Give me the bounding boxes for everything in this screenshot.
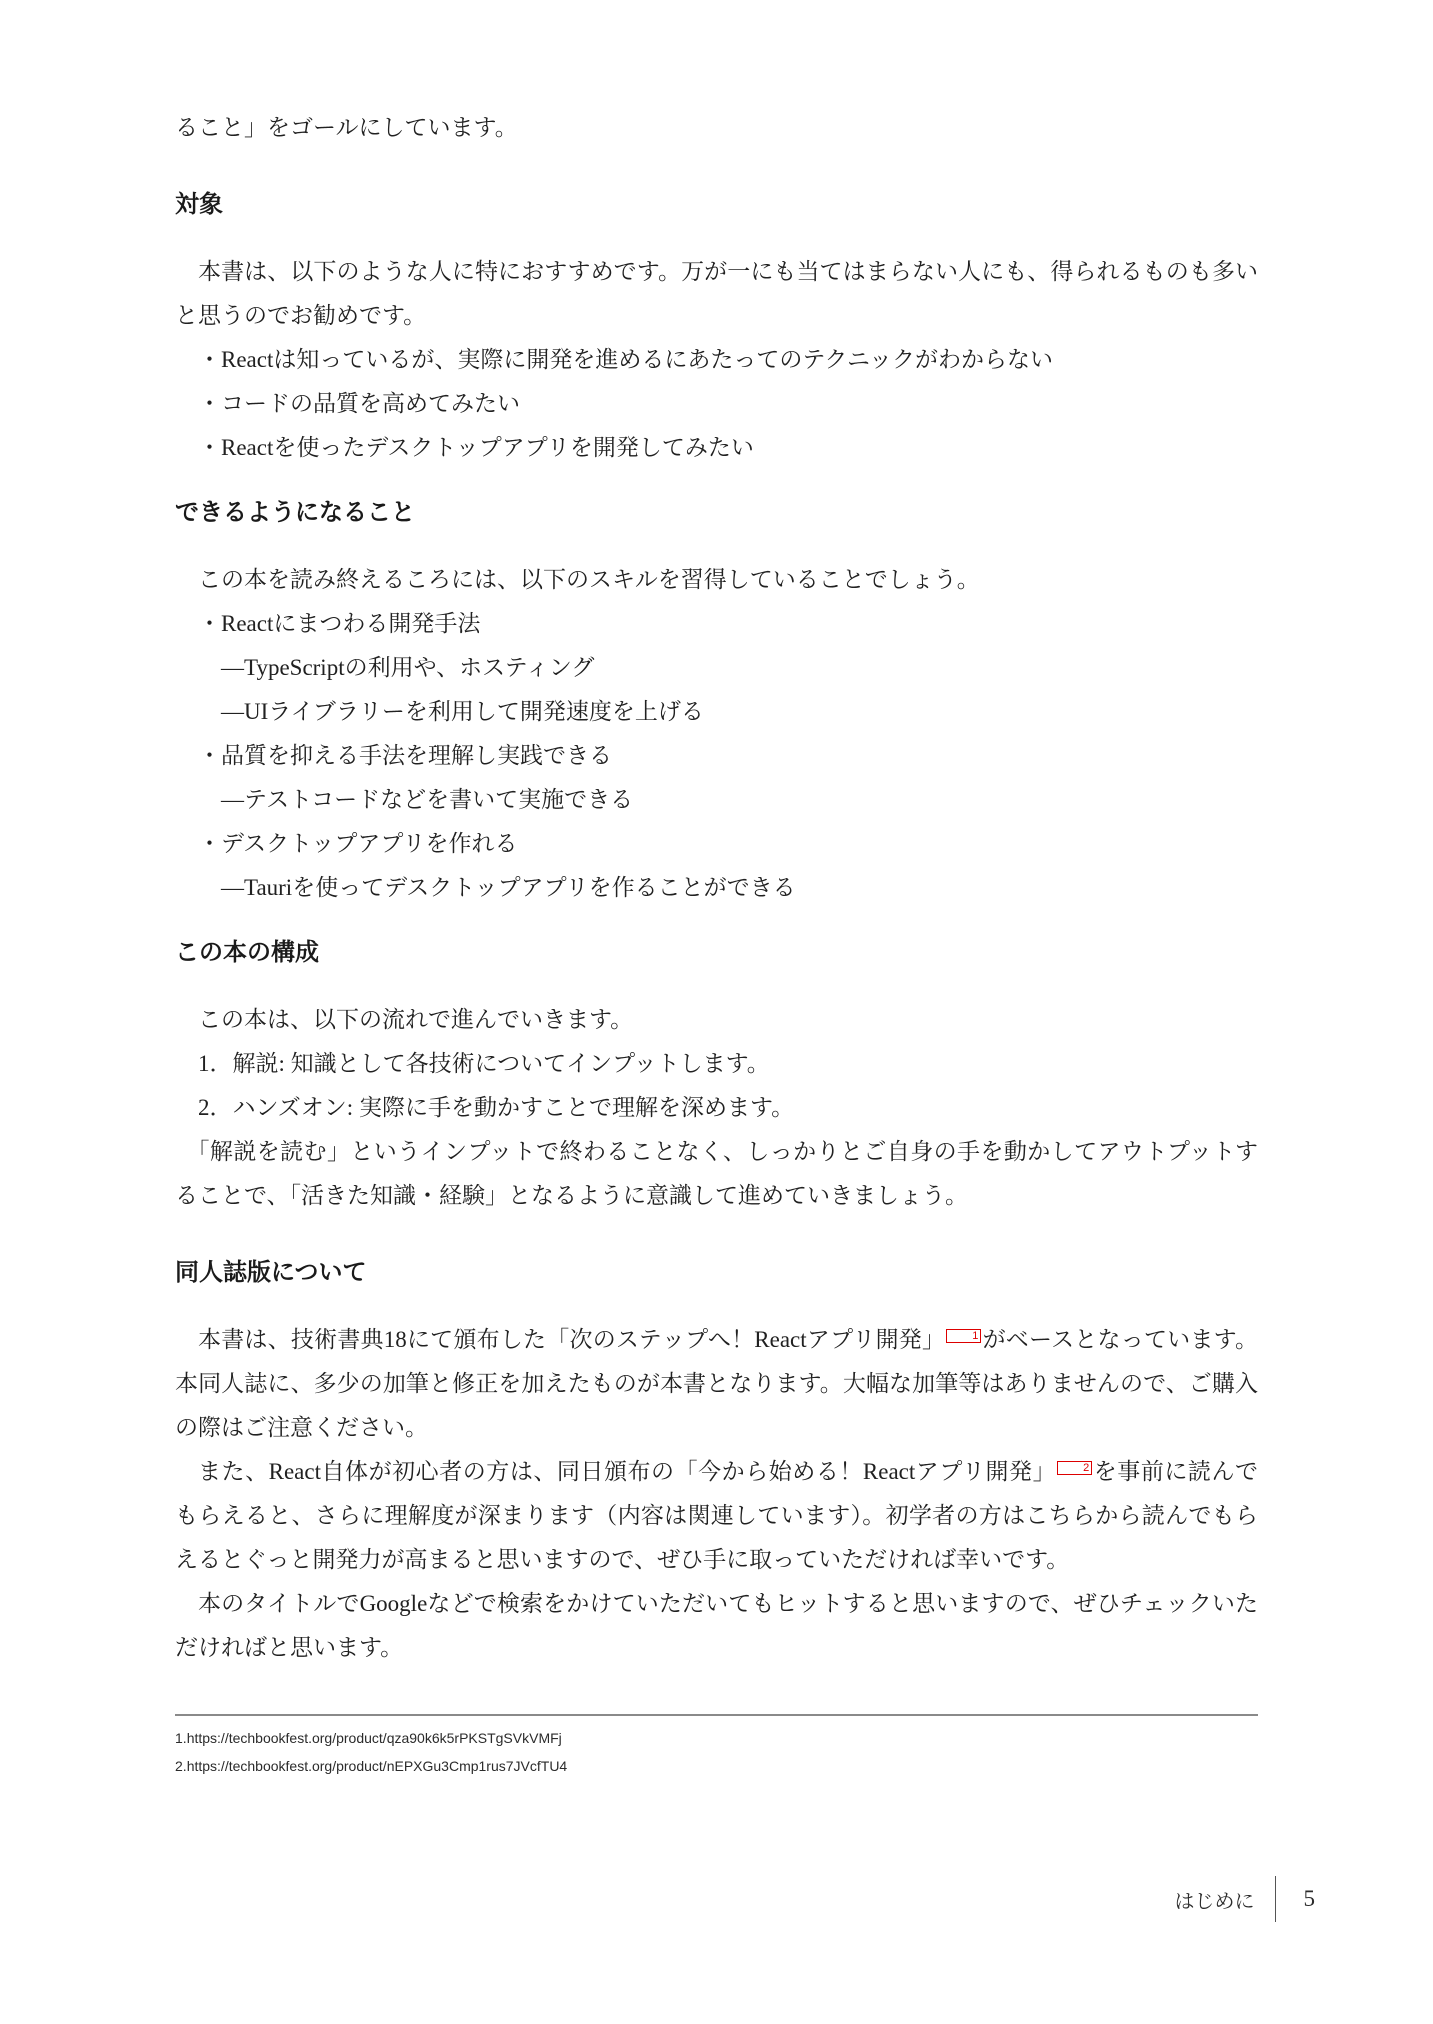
list-subitem: ―UIライブラリーを利用して開発速度を上げる [175, 690, 1258, 734]
doujin-paragraph-1-pre: 本書は、技術書典18にて頒布した「次のステップへ！Reactアプリ開発」 [198, 1327, 945, 1352]
footnote-ref-1[interactable]: 1 [946, 1329, 981, 1343]
section-heading-skills: できるようになること [175, 498, 1258, 528]
structure-intro-paragraph: この本は、以下の流れで進んでいきます。 [175, 998, 1258, 1042]
footer-section-label: はじめに [1175, 1885, 1255, 1914]
ordered-step: 2．ハンズオン: 実際に手を動かすことで理解を深めます。 [175, 1086, 1258, 1130]
section-heading-structure: この本の構成 [175, 938, 1258, 968]
list-item: ・コードの品質を高めてみたい [175, 382, 1258, 426]
footnote-2-number: 2. [175, 1758, 187, 1774]
footnote-1-number: 1. [175, 1730, 187, 1746]
footnote-1: 1.https://techbookfest.org/product/qza90… [175, 1724, 1258, 1752]
footnote-ref-2[interactable]: 2 [1057, 1461, 1092, 1475]
list-item: ・Reactは知っているが、実際に開発を進めるにあたってのテクニックがわからない [175, 338, 1258, 382]
list-item: ・Reactにまつわる開発手法 [175, 602, 1258, 646]
section-heading-doujin: 同人誌版について [175, 1258, 1258, 1288]
footer-divider-line [1275, 1876, 1276, 1922]
skills-intro-paragraph: この本を読み終えるころには、以下のスキルを習得していることでしょう。 [175, 558, 1258, 602]
target-intro-paragraph: 本書は、以下のような人に特におすすめです。万が一にも当てはまらない人にも、得られ… [175, 250, 1258, 338]
section-heading-target: 対象 [175, 190, 1258, 220]
ordered-step: 1．解説: 知識として各技術についてインプットします。 [175, 1042, 1258, 1086]
list-subitem: ―テストコードなどを書いて実施できる [175, 778, 1258, 822]
list-item: ・デスクトップアプリを作れる [175, 822, 1258, 866]
list-item: ・品質を抑える手法を理解し実践できる [175, 734, 1258, 778]
structure-note-paragraph: 「解説を読む」というインプットで終わることなく、しっかりとご自身の手を動かしてア… [175, 1130, 1258, 1218]
doujin-paragraph-3: 本のタイトルでGoogleなどで検索をかけていただいてもヒットすると思いますので… [175, 1582, 1258, 1670]
footer-page-number: 5 [1304, 1886, 1316, 1912]
list-item: ・Reactを使ったデスクトップアプリを開発してみたい [175, 426, 1258, 470]
footnote-2: 2.https://techbookfest.org/product/nEPXG… [175, 1752, 1258, 1780]
list-subitem: ―TypeScriptの利用や、ホスティング [175, 646, 1258, 690]
doujin-paragraph-1: 本書は、技術書典18にて頒布した「次のステップへ！Reactアプリ開発」1がベー… [175, 1318, 1258, 1450]
footnote-1-url[interactable]: https://techbookfest.org/product/qza90k6… [187, 1730, 562, 1746]
page-footer: はじめに 5 [1175, 1876, 1316, 1922]
continuation-paragraph: ること」をゴールにしています。 [175, 106, 1258, 150]
list-subitem: ―Tauriを使ってデスクトップアプリを作ることができる [175, 866, 1258, 910]
doujin-paragraph-2: また、React自体が初心者の方は、同日頒布の「今から始める！Reactアプリ開… [175, 1450, 1258, 1582]
doujin-paragraph-2-pre: また、React自体が初心者の方は、同日頒布の「今から始める！Reactアプリ開… [198, 1459, 1056, 1484]
footnote-2-url[interactable]: https://techbookfest.org/product/nEPXGu3… [187, 1758, 568, 1774]
book-page: ること」をゴールにしています。 対象 本書は、以下のような人に特におすすめです。… [0, 0, 1433, 2024]
footnote-divider [175, 1714, 1258, 1716]
